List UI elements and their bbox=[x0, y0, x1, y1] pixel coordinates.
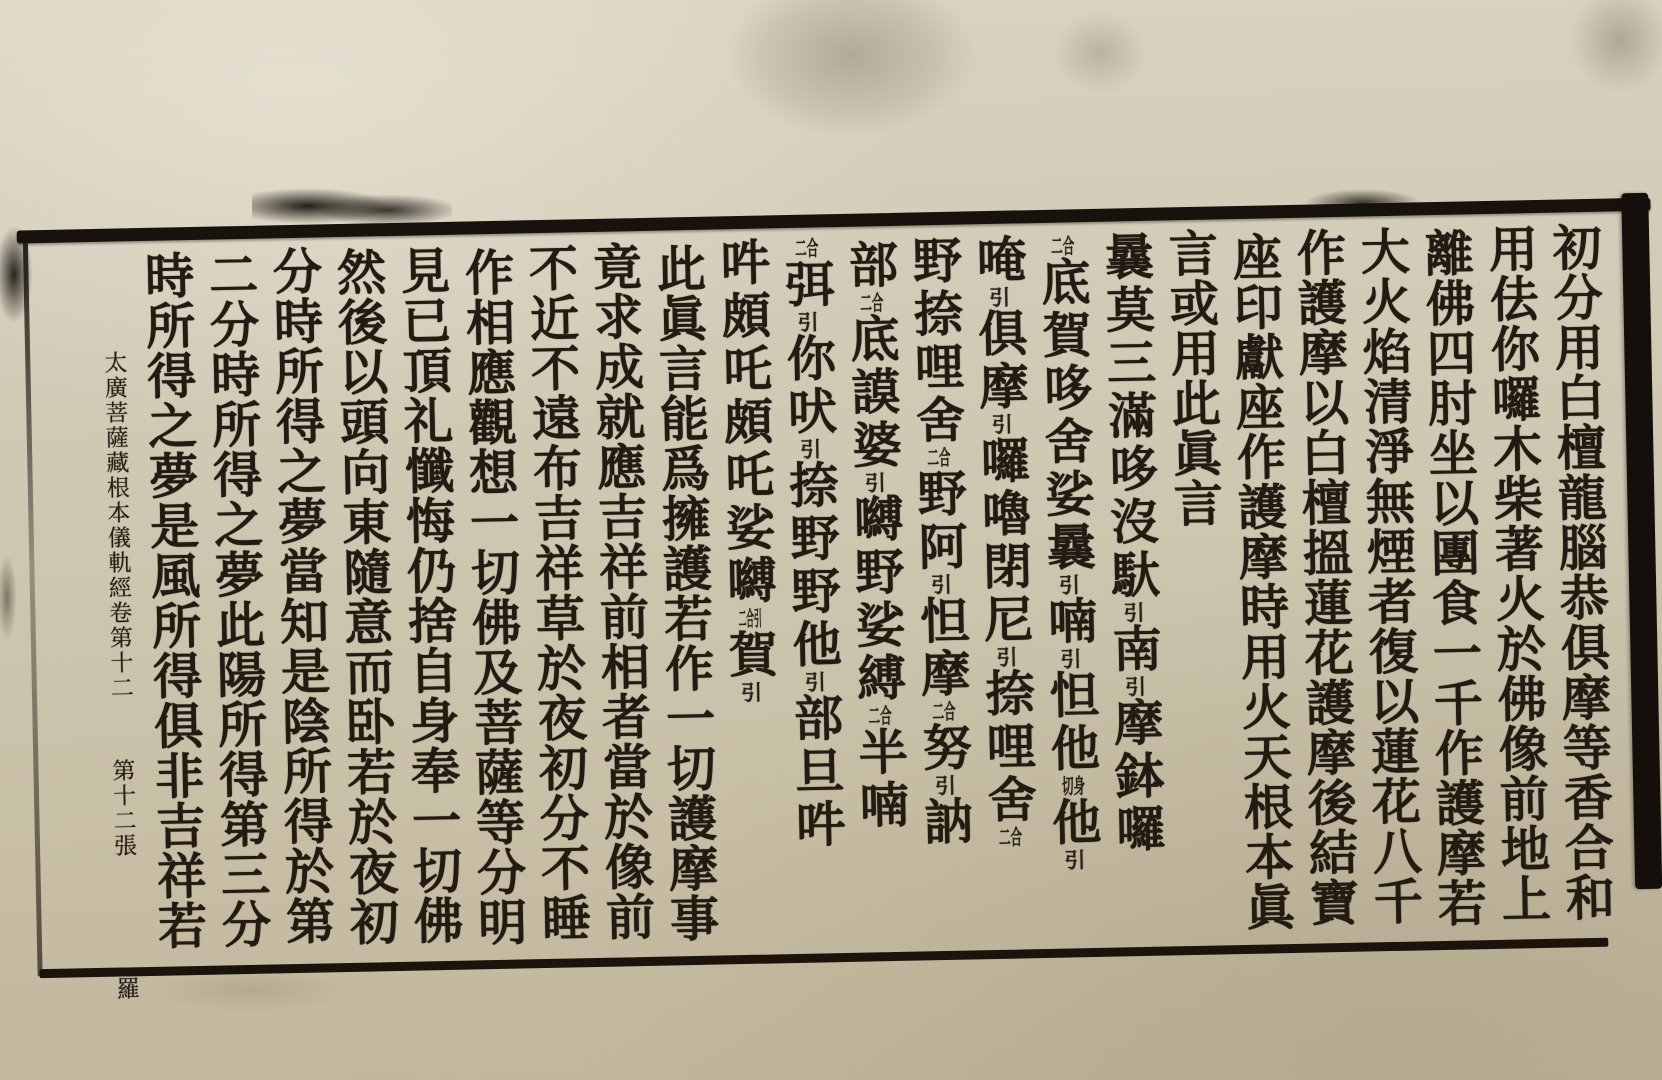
phonetic-annotation: 引 bbox=[739, 682, 764, 703]
sutra-text: 賀 bbox=[721, 628, 780, 682]
sutra-text: 唵 bbox=[969, 233, 1028, 287]
phonetic-annotation: 引 bbox=[863, 472, 888, 493]
sutra-text: 訥 bbox=[916, 795, 975, 849]
sutra-text: 離佛四肘坐以團食一千作護摩若 bbox=[1417, 227, 1489, 928]
sutra-text: 囉嚕閉尼 bbox=[973, 434, 1035, 647]
sheet-number: 第十二張 bbox=[108, 758, 136, 859]
sutra-text: 野捺哩舍 bbox=[905, 235, 967, 448]
sutra-text: 努 bbox=[915, 721, 974, 775]
phonetic-annotation: 引 bbox=[929, 574, 954, 595]
paper-stain bbox=[1550, 0, 1662, 115]
sutra-text: 喃 bbox=[1040, 595, 1099, 649]
phonetic-annotation: 引 bbox=[1057, 574, 1082, 595]
paper-stain bbox=[690, 0, 1010, 160]
phonetic-annotation: 引 bbox=[987, 287, 1012, 308]
phonetic-annotation: 引 bbox=[994, 646, 1019, 667]
manuscript-page: 初分用白檀龍腦恭俱摩等香合和用佉你囉木柴著火於佛像前地上離佛四肘坐以團食一千作護… bbox=[0, 0, 1662, 1080]
sutra-text: 捺哩舍 bbox=[978, 667, 1039, 827]
sutra-text: 摩鉢囉 bbox=[1106, 697, 1167, 857]
phonetic-annotation: 二合 bbox=[867, 705, 892, 726]
sutra-text: 捺野野他 bbox=[781, 459, 843, 672]
phonetic-annotation: 二合 bbox=[998, 826, 1023, 847]
sutra-text: 二分時所得之夢此陽所得第三分 bbox=[201, 249, 273, 950]
sutra-text: 大火焰清淨無煙者復以蓮花八千 bbox=[1353, 226, 1425, 927]
phonetic-annotation: 二合引 bbox=[737, 608, 762, 629]
phonetic-annotation: 引 bbox=[1123, 676, 1148, 697]
text-frame: 初分用白檀龍腦恭俱摩等香合和用佉你囉木柴著火於佛像前地上離佛四肘坐以團食一千作護… bbox=[23, 198, 1662, 978]
collation-mark: 羅 bbox=[113, 976, 139, 1002]
paper-stain bbox=[1035, 0, 1165, 110]
ink-blot bbox=[0, 540, 20, 655]
phonetic-annotation: 二合 bbox=[794, 237, 819, 258]
sutra-text: 不近不遠布吉祥草於夜初分不睡 bbox=[521, 242, 593, 943]
sutra-text: 曩莫三滿哆沒馱 bbox=[1097, 231, 1162, 603]
phonetic-annotation: 引 bbox=[803, 671, 828, 692]
sutra-text: 言或用此眞言 bbox=[1161, 227, 1225, 528]
phonetic-annotation: 二合 bbox=[926, 447, 951, 468]
sutra-text: 嚩野娑縛 bbox=[846, 493, 908, 706]
sutra-text: 竟求成就應吉祥前相者當於像前 bbox=[585, 241, 657, 942]
sutra-text: 見已頂礼懺悔仍捨自身奉一切佛 bbox=[393, 245, 465, 946]
scripture-title: 太廣菩薩藏根本儀軌經卷第十二 bbox=[100, 350, 133, 700]
sutra-text: 用佉你囉木柴著火於佛像前地上 bbox=[1481, 223, 1553, 924]
text-area: 初分用白檀龍腦恭俱摩等香合和用佉你囉木柴著火於佛像前地上離佛四肘坐以團食一千作護… bbox=[28, 211, 1636, 969]
phonetic-annotation: 引 bbox=[990, 414, 1015, 435]
sutra-text: 分時所得之夢當知是陰所得於第 bbox=[265, 245, 337, 946]
sutra-text: 然後以頭向東隨意而卧若於夜初 bbox=[329, 246, 401, 947]
sutra-text: 吽頗吒頗吒娑嚩 bbox=[713, 236, 778, 608]
sutra-text: 他 bbox=[1044, 796, 1103, 850]
sutra-text: 底賀哆舍娑曩 bbox=[1033, 256, 1097, 575]
sutra-text: 部旦吽 bbox=[786, 692, 847, 852]
sutra-text: 弭 bbox=[777, 258, 836, 312]
phonetic-annotation: 二合 bbox=[859, 292, 884, 313]
sutra-text: 你吠 bbox=[779, 332, 839, 439]
sutra-text: 半喃 bbox=[851, 726, 911, 833]
phonetic-annotation: 二合 bbox=[1050, 235, 1075, 256]
sutra-text: 時所得之夢是風所得俱非吉祥若 bbox=[137, 250, 209, 951]
phonetic-annotation: 引 bbox=[1062, 849, 1087, 870]
sutra-text: 底謨婆 bbox=[842, 313, 903, 473]
sutra-text: 怛摩 bbox=[912, 594, 972, 701]
sutra-text: 作護摩以白檀搵蓮花護摩後結寶 bbox=[1289, 227, 1361, 928]
sutra-text: 部 bbox=[841, 239, 900, 293]
phonetic-annotation: 引 bbox=[1058, 648, 1083, 669]
phonetic-annotation: 引 bbox=[1121, 602, 1146, 623]
phonetic-annotation: 二合 bbox=[931, 701, 956, 722]
phonetic-annotation: 切身 bbox=[1061, 775, 1086, 796]
phonetic-annotation: 引 bbox=[795, 311, 820, 332]
sutra-text: 此眞言能爲擁護若作一切護摩事 bbox=[649, 243, 721, 944]
sutra-text: 俱摩 bbox=[970, 307, 1030, 414]
phonetic-annotation: 引 bbox=[798, 438, 823, 459]
phonetic-annotation: 引 bbox=[933, 775, 958, 796]
sutra-text: 作相應觀想一切佛及菩薩等分明 bbox=[457, 247, 529, 948]
sutra-text: 座印獻座作護摩時用火天根本眞 bbox=[1225, 231, 1297, 932]
sutra-text: 初分用白檀龍腦恭俱摩等香合和 bbox=[1545, 222, 1617, 923]
sutra-text: 野阿 bbox=[910, 467, 970, 574]
sutra-text: 怛他 bbox=[1042, 669, 1102, 776]
sutra-text: 南 bbox=[1105, 623, 1164, 677]
